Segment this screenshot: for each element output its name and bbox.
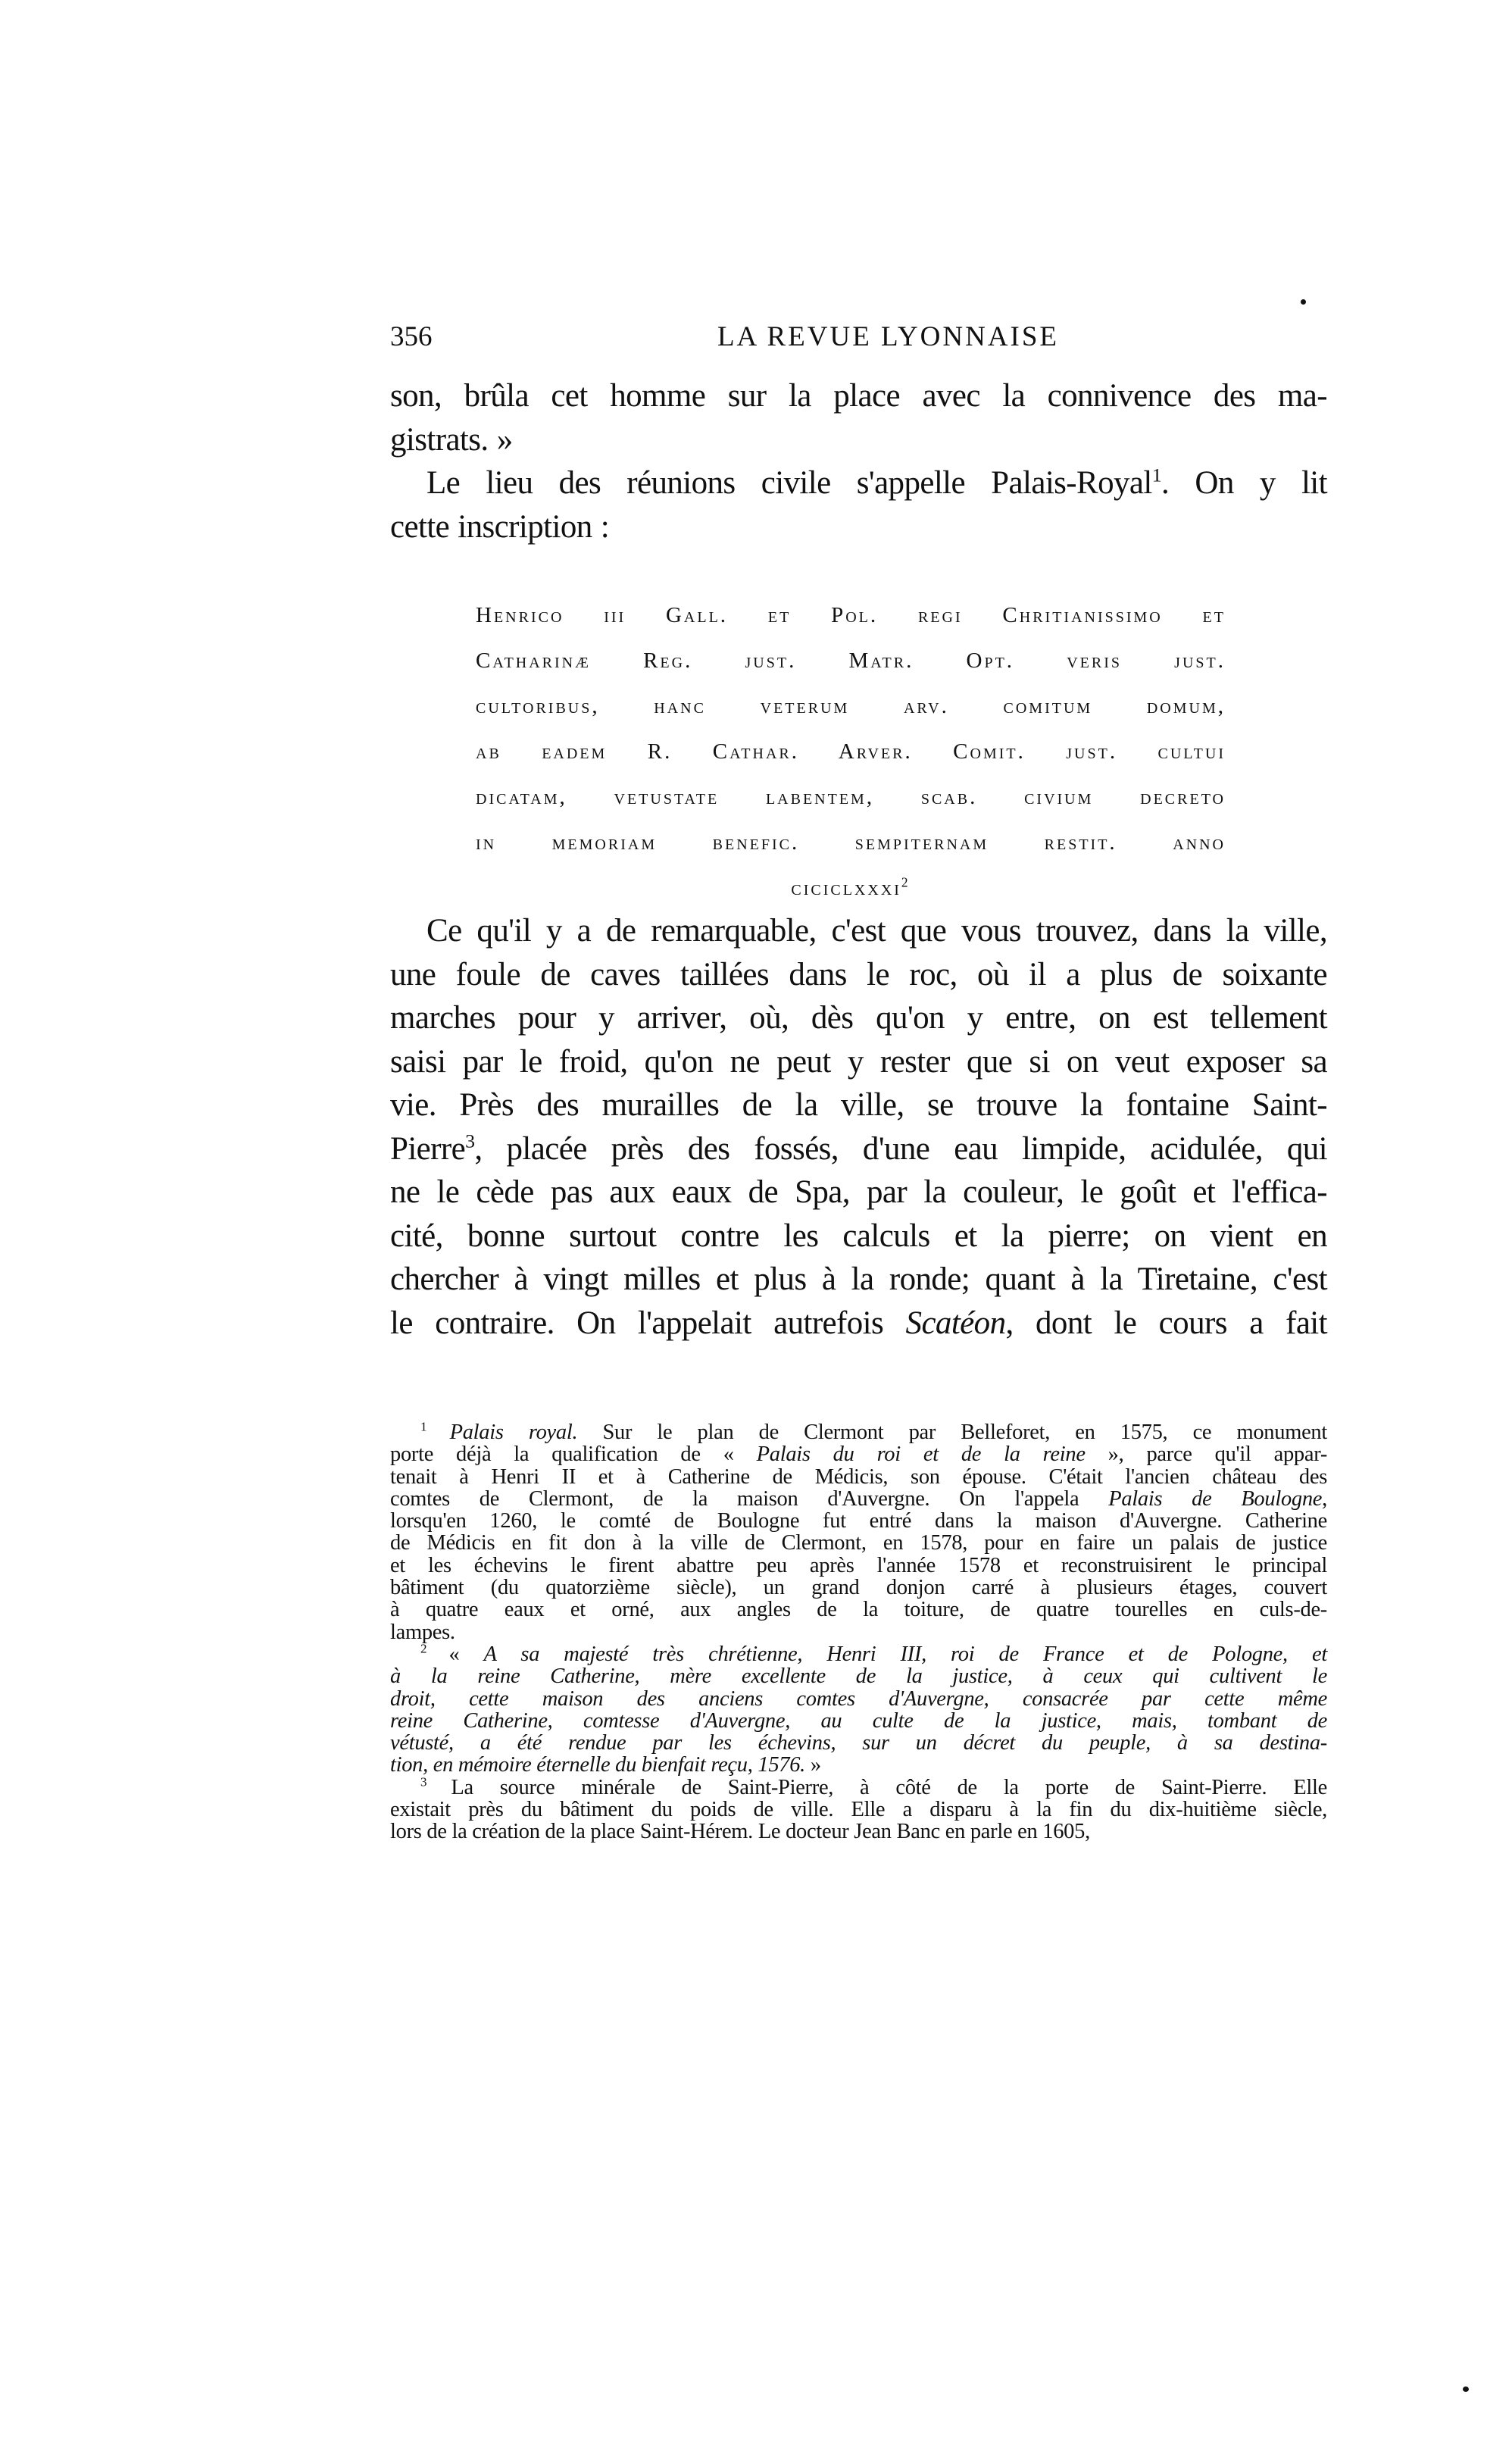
scanned-page: 356 LA REVUE LYONNAISE son, brûla cet ho…	[0, 0, 1512, 2460]
body-line-tail: , dont le cours a fait	[1005, 1305, 1327, 1341]
footnote-line: porte déjà la qualification de « Palais …	[390, 1443, 1327, 1465]
footnote-italic-text: à la reine Catherine, mère excellente de…	[390, 1664, 1327, 1688]
footnote-ref-3: 3	[465, 1130, 474, 1152]
footnote-line: vétusté, a été rendue par les échevins, …	[390, 1732, 1327, 1754]
body-line: cité, bonne surtout contre les calculs e…	[390, 1214, 1327, 1258]
footnote-text: lorsqu'en 1260, le comté de Boulogne fut…	[390, 1509, 1327, 1533]
footnote-italic-text: droit, cette maison des anciens comtes d…	[390, 1687, 1327, 1711]
footnote-text: «	[449, 1643, 484, 1666]
footnote-text: »	[805, 1753, 821, 1777]
body-line: vie. Près des murailles de la ville, se …	[390, 1083, 1327, 1127]
italic-term: Scatéon	[906, 1305, 1006, 1341]
footnote-text: comtes de Clermont, de la maison d'Auver…	[390, 1487, 1108, 1511]
footnote-italic-text: Palais du roi et de la reine	[757, 1443, 1086, 1466]
body-line: Pierre3, placée près des fossés, d'une e…	[390, 1127, 1327, 1171]
footnote-italic-text: reine Catherine, comtesse d'Auvergne, au…	[390, 1709, 1327, 1733]
footnote-italic-text: vétusté, a été rendue par les échevins, …	[390, 1731, 1327, 1755]
scan-speck	[1463, 2387, 1469, 2392]
footnote-ref-2: 2	[901, 874, 911, 889]
footnote-line: 1 Palais royal. Sur le plan de Clermont …	[390, 1421, 1327, 1443]
body-text-main: Ce qu'il y a de remarquable, c'est que v…	[390, 909, 1327, 1345]
body-line: chercher à vingt milles et plus à la ron…	[390, 1258, 1327, 1302]
body-line-text: Pierre	[390, 1131, 465, 1167]
footnote-italic-text: Palais royal.	[450, 1421, 578, 1444]
body-line: une foule de caves taillées dans le roc,…	[390, 953, 1327, 997]
footnote-text: porte déjà la qualification de «	[390, 1443, 757, 1466]
body-line-text: le contraire. On l'appelait autrefois	[390, 1305, 883, 1341]
journal-title: LA REVUE LYONNAISE	[390, 318, 1326, 356]
inscription-line: ciciclxxxi2	[476, 865, 1226, 911]
footnote-text: Sur le plan de Clermont par Belleforet, …	[577, 1421, 1327, 1444]
body-line-text: Le lieu des réunions civile s'appelle Pa…	[426, 465, 1152, 501]
inscription-line: cultoribus, hanc veterum arv. comitum do…	[476, 683, 1226, 729]
body-line: ne le cède pas aux eaux de Spa, par la c…	[390, 1171, 1327, 1214]
footnote-text: tenait à Henri II et à Catherine de Médi…	[390, 1465, 1327, 1489]
footnote-line: à quatre eaux et orné, aux angles de la …	[390, 1599, 1327, 1621]
footnote-line: comtes de Clermont, de la maison d'Auver…	[390, 1488, 1327, 1510]
footnote-italic-text: A sa majesté très chrétienne, Henri III,…	[484, 1643, 1327, 1666]
footnote-text: bâtiment (du quatorzième siècle), un gra…	[390, 1576, 1327, 1599]
footnote-italic-text: Palais de Boulogne	[1108, 1487, 1322, 1511]
body-line-tail: . On y lit	[1161, 465, 1327, 501]
footnote-line: tion, en mémoire éternelle du bienfait r…	[390, 1754, 1327, 1776]
footnote-line: droit, cette maison des anciens comtes d…	[390, 1688, 1327, 1710]
body-line: son, brûla cet homme sur la place avec l…	[390, 374, 1327, 418]
body-text-top: son, brûla cet homme sur la place avec l…	[390, 374, 1327, 549]
footnote-italic-text: tion, en mémoire éternelle du bienfait r…	[390, 1753, 805, 1777]
footnote-line: et les échevins le firent abattre peu ap…	[390, 1555, 1327, 1577]
inscription-line: Henrico iii Gall. et Pol. regi Chritiani…	[476, 592, 1226, 638]
footnotes: 1 Palais royal. Sur le plan de Clermont …	[390, 1421, 1327, 1843]
footnote-number: 1	[420, 1420, 450, 1434]
footnote-text: lampes.	[390, 1621, 455, 1644]
body-line: Ce qu'il y a de remarquable, c'est que v…	[390, 909, 1327, 953]
inscription-date: ciciclxxxi	[791, 876, 901, 900]
footnote-text: et les échevins le firent abattre peu ap…	[390, 1554, 1327, 1577]
body-line: le contraire. On l'appelait autrefois Sc…	[390, 1302, 1327, 1346]
footnote-line: 3 La source minérale de Saint-Pierre, à …	[390, 1777, 1327, 1799]
footnote-text: ,	[1322, 1487, 1327, 1511]
footnote-line: de Médicis en fit don à la ville de Cler…	[390, 1532, 1327, 1554]
latin-inscription: Henrico iii Gall. et Pol. regi Chritiani…	[476, 592, 1226, 911]
footnote-line: bâtiment (du quatorzième siècle), un gra…	[390, 1577, 1327, 1599]
footnote-text: lors de la création de la place Saint-Hé…	[390, 1820, 1090, 1843]
footnote-line: existait près du bâtiment du poids de vi…	[390, 1799, 1327, 1821]
footnote-text: de Médicis en fit don à la ville de Cler…	[390, 1531, 1327, 1555]
footnote-line: lors de la création de la place Saint-Hé…	[390, 1821, 1327, 1843]
body-line-tail: , placée près des fossés, d'une eau limp…	[474, 1131, 1327, 1167]
footnote-line: lampes.	[390, 1621, 1327, 1643]
footnote-number: 2	[420, 1641, 449, 1655]
inscription-line: ab eadem R. Cathar. Arver. Comit. just. …	[476, 729, 1226, 774]
inscription-line: in memoriam benefic. sempiternam restit.…	[476, 820, 1226, 865]
footnote-text: », parce qu'il appar-	[1086, 1443, 1327, 1466]
body-line: marches pour y arriver, où, dès qu'on y …	[390, 996, 1327, 1040]
footnote-text: à quatre eaux et orné, aux angles de la …	[390, 1598, 1327, 1621]
body-line: Le lieu des réunions civile s'appelle Pa…	[390, 461, 1327, 505]
footnote-number: 3	[420, 1774, 451, 1789]
body-line: cette inscription :	[390, 505, 1327, 549]
inscription-line: Catharinæ Reg. just. Matr. Opt. veris ju…	[476, 638, 1226, 683]
scan-speck	[1301, 299, 1306, 305]
body-line: saisi par le froid, qu'on ne peut y rest…	[390, 1040, 1327, 1084]
footnote-text: La source minérale de Saint-Pierre, à cô…	[451, 1776, 1327, 1799]
footnote-line: tenait à Henri II et à Catherine de Médi…	[390, 1466, 1327, 1488]
footnote-line: à la reine Catherine, mère excellente de…	[390, 1665, 1327, 1687]
footnote-line: reine Catherine, comtesse d'Auvergne, au…	[390, 1710, 1327, 1732]
body-line: gistrats. »	[390, 418, 1327, 462]
footnote-line: lorsqu'en 1260, le comté de Boulogne fut…	[390, 1510, 1327, 1532]
running-head: 356 LA REVUE LYONNAISE	[390, 318, 1326, 356]
footnote-ref-1: 1	[1152, 464, 1161, 486]
footnote-line: 2 « A sa majesté très chrétienne, Henri …	[390, 1643, 1327, 1665]
footnote-text: existait près du bâtiment du poids de vi…	[390, 1798, 1327, 1821]
inscription-line: dicatam, vetustate labentem, scab. civiu…	[476, 774, 1226, 820]
